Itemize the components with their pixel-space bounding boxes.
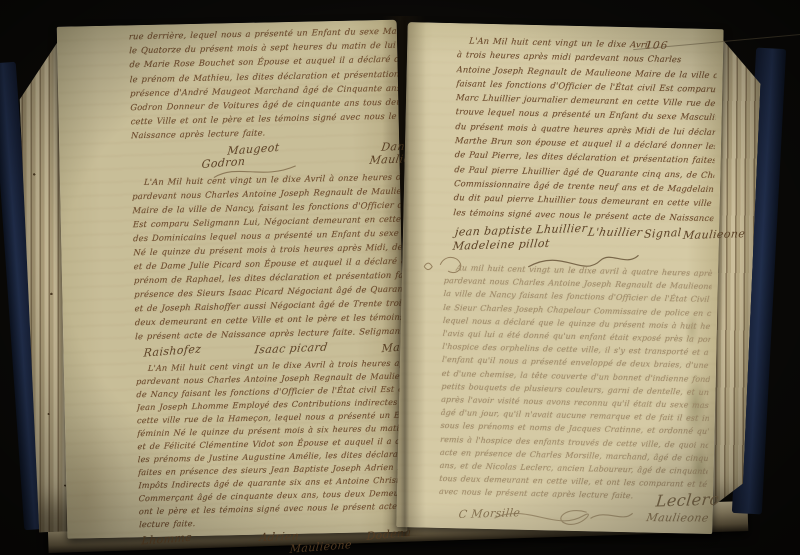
foundling-record-jacques-cratinne: Au mil huit cent vingt un le dixe avril …: [438, 261, 712, 525]
signature: Signal: [644, 226, 682, 241]
birth-record-paul-pierre: L'An Mil huit cent vingt un le dixe Avri…: [453, 33, 718, 256]
right-page-text-column-act106: L'An Mil huit cent vingt un le dixe Avri…: [452, 33, 717, 260]
signature: Maulieone: [645, 511, 710, 524]
right-page-text-column-foundling: Au mil huit cent vingt un le dixe avril …: [438, 261, 712, 529]
birth-record-mathieu: rue derrière, lequel nous a présenté un …: [129, 24, 400, 171]
left-page: rue derrière, lequel nous a présenté un …: [57, 20, 408, 539]
record-lines: rue derrière, lequel nous a présenté un …: [129, 24, 399, 143]
signature: Lhomme: [141, 530, 193, 547]
signature-flourish: [486, 492, 637, 535]
birth-record-justine-augustine-amelie: L'An Mil huit cent vingt un le dixe Avri…: [136, 356, 408, 555]
record-lines: L'An Mil huit cent vingt un le dixe Avri…: [453, 33, 717, 225]
signature: Maulieone: [682, 227, 746, 242]
signature: Leclerc: [655, 489, 720, 510]
signature: Raishofez: [143, 342, 202, 359]
signature: L'huillier: [587, 226, 644, 239]
signature: jean baptiste Lhuillier: [454, 222, 588, 239]
left-page-text-column: rue derrière, lequel nous a présenté un …: [129, 24, 408, 555]
signature: Isaac picard: [254, 340, 329, 356]
record-lines: L'An Mil huit cent vingt un le dixe Avri…: [132, 169, 403, 343]
register-photograph: rue derrière, lequel nous a présenté un …: [0, 0, 800, 555]
right-page: 106 L'An Mil huit cent vingt un le dixe …: [396, 22, 723, 534]
signature-flourish: [210, 158, 300, 184]
record-lines: L'An Mil huit cent vingt un le dixe Avri…: [136, 356, 407, 531]
birth-record-raphael: L'An Mil huit cent vingt un le dixe Avri…: [132, 169, 404, 358]
record-lines: Au mil huit cent vingt un le dixe avril …: [439, 261, 712, 505]
